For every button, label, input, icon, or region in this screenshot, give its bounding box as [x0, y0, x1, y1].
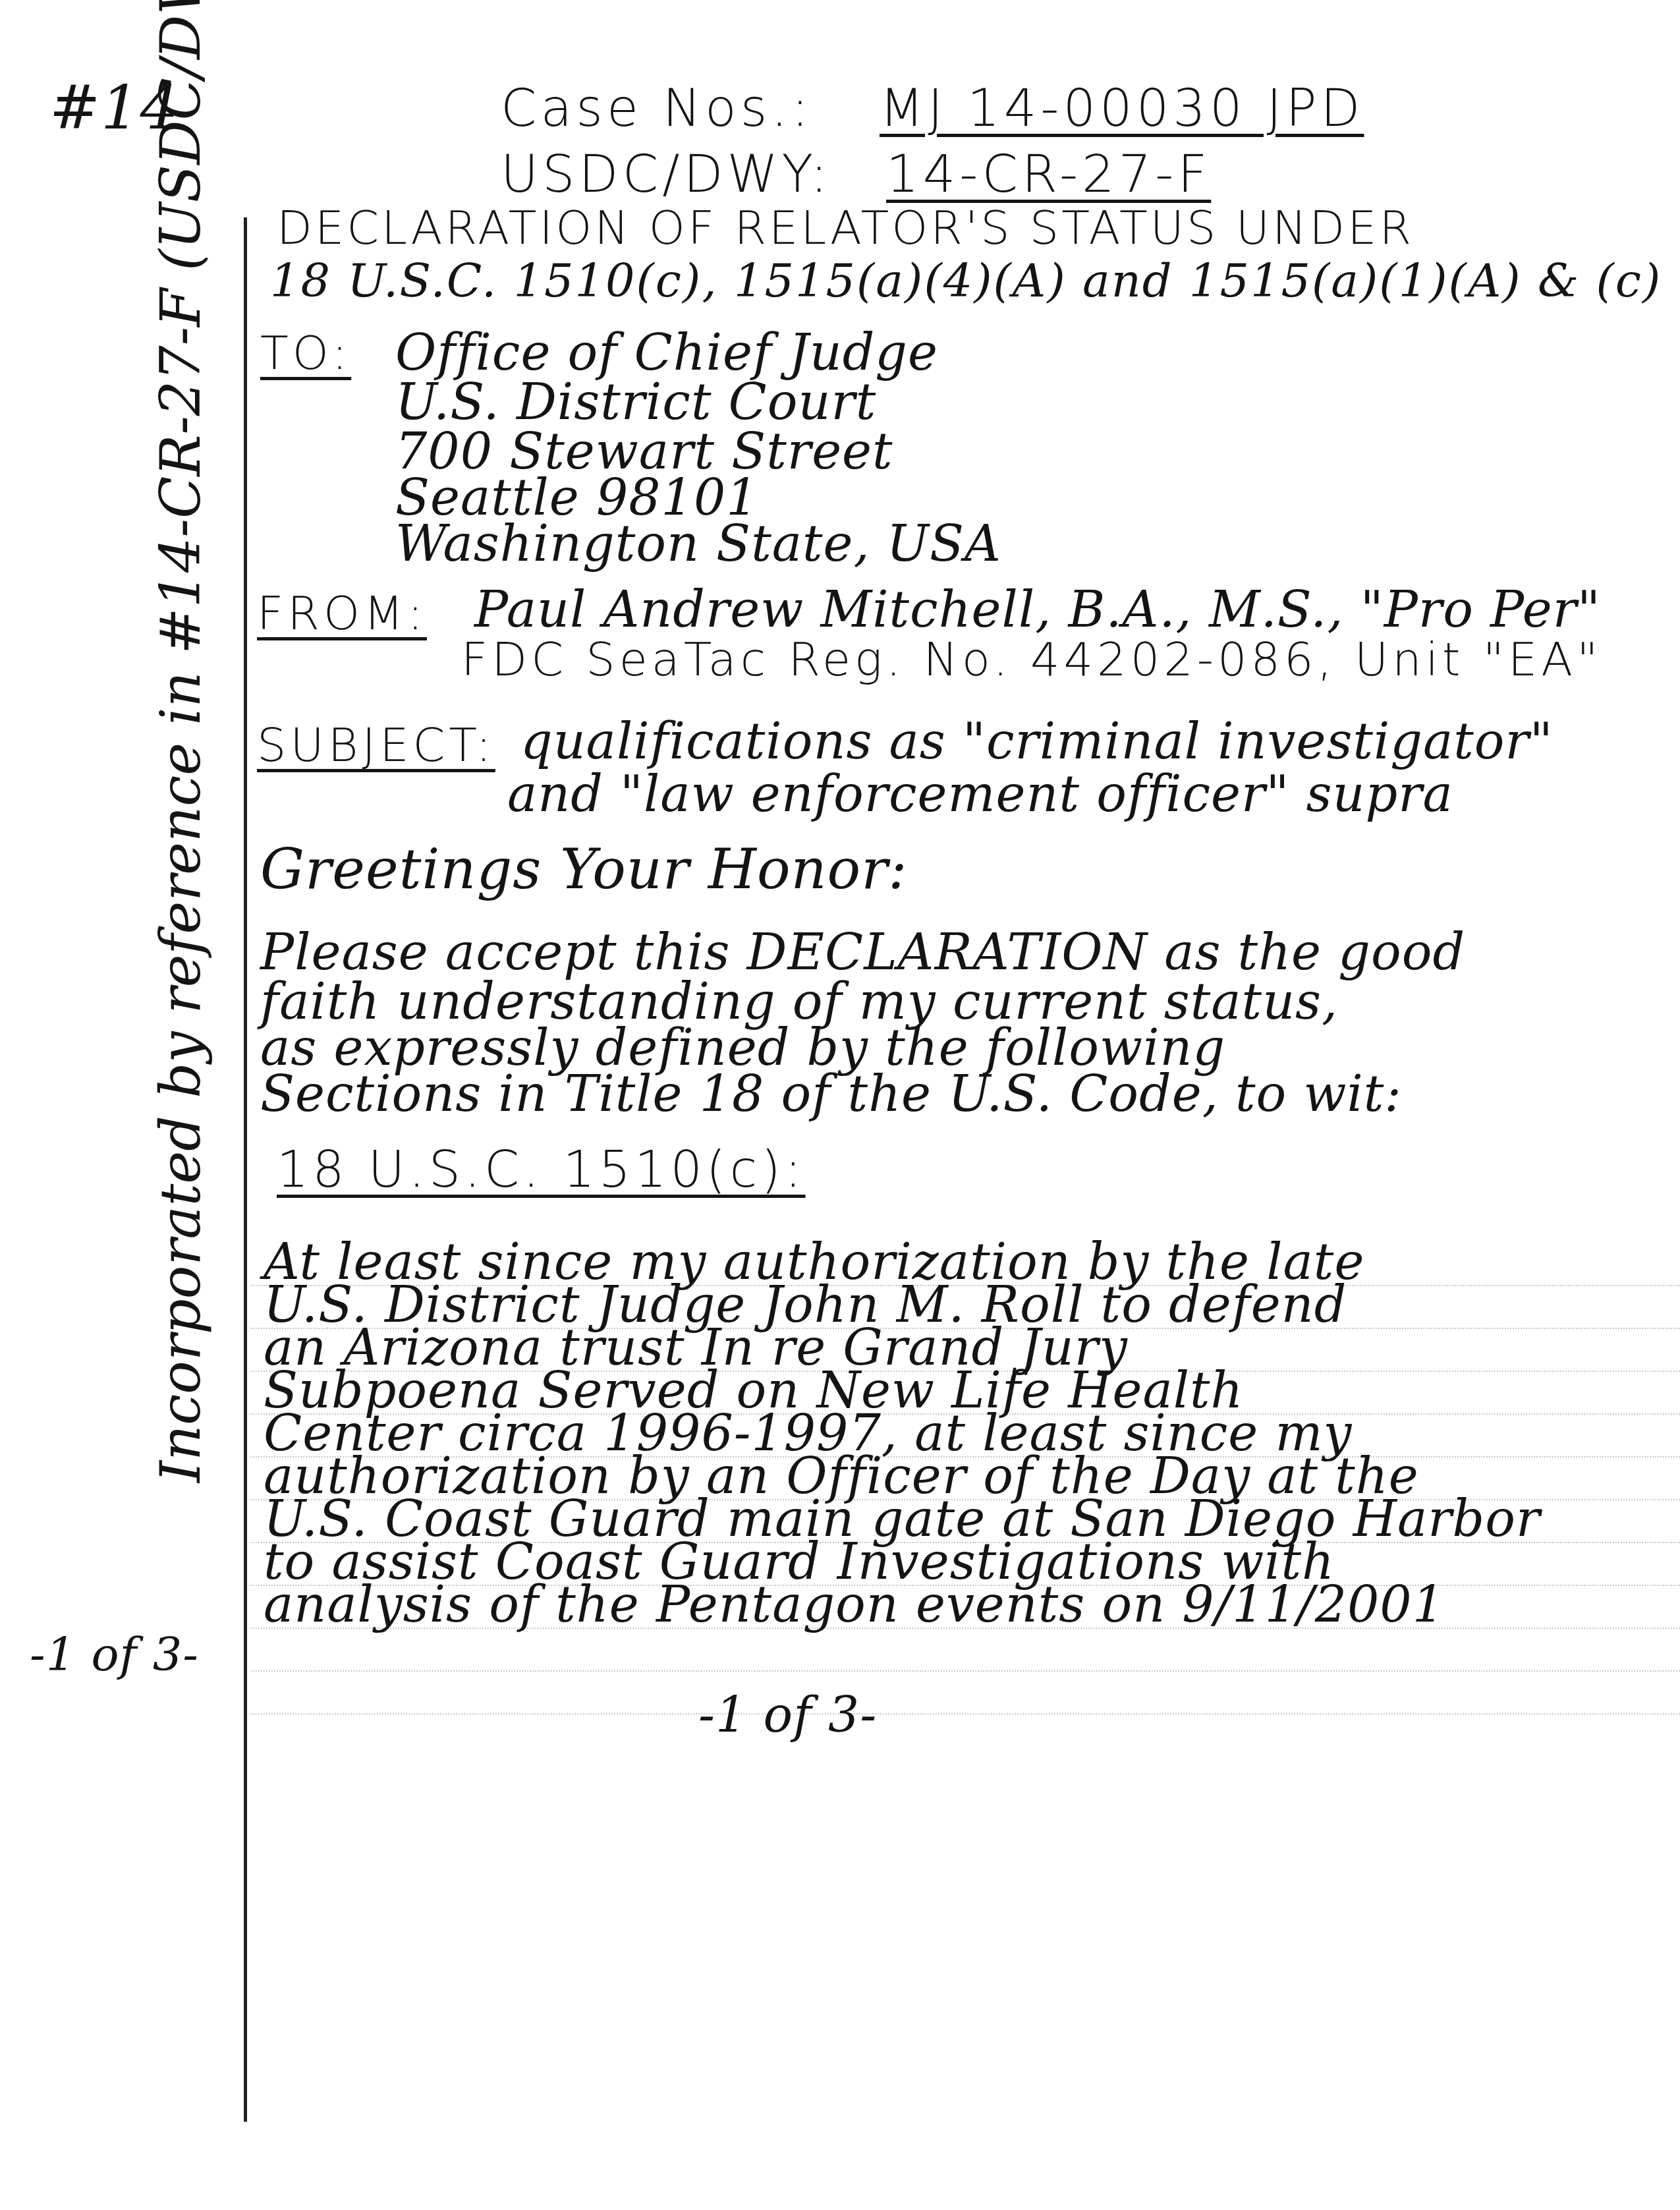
- document-page: #14 Incorporated by reference in #14-CR-…: [0, 0, 1680, 2210]
- ruled-line: [250, 1713, 1680, 1714]
- greeting: Greetings Your Honor:: [260, 837, 908, 901]
- ruled-line: [250, 1670, 1680, 1672]
- intro-line: Sections in Title 18 of the U.S. Code, t…: [260, 1064, 1402, 1123]
- document-title-line2: 18 U.S.C. 1510(c), 1515(a)(4)(A) and 151…: [270, 254, 1662, 308]
- margin-line: [244, 217, 247, 2122]
- court-label: USDC/DWY:: [501, 145, 831, 204]
- body-line: analysis of the Pentagon events on 9/11/…: [264, 1575, 1445, 1633]
- court-case-number: 14-CR-27-F: [886, 145, 1211, 204]
- to-label: TO:: [260, 326, 351, 380]
- case-label: Case Nos.:: [501, 79, 812, 138]
- from-label: FROM:: [257, 586, 427, 640]
- subject-line: and "law enforcement officer" supra: [507, 764, 1453, 823]
- to-line: Washington State, USA: [395, 514, 1001, 573]
- margin-note: Incorporated by reference in #14-CR-27-F…: [148, 0, 213, 1483]
- subject-label: SUBJECT:: [257, 718, 495, 772]
- from-line: FDC SeaTac Reg. No. 44202-086, Unit "EA": [461, 633, 1602, 687]
- document-title-line1: DECLARATION OF RELATOR'S STATUS UNDER: [277, 201, 1414, 255]
- from-line: Paul Andrew Mitchell, B.A., M.S., "Pro P…: [474, 580, 1601, 638]
- section-heading: 18 U.S.C. 1510(c):: [277, 1140, 806, 1199]
- page-marker-bottom: -1 of 3-: [698, 1687, 877, 1743]
- case-number: MJ 14-00030 JPD: [880, 79, 1364, 138]
- page-marker-left: -1 of 3-: [30, 1628, 199, 1682]
- subject-line: qualifications as "criminal investigator…: [520, 712, 1554, 770]
